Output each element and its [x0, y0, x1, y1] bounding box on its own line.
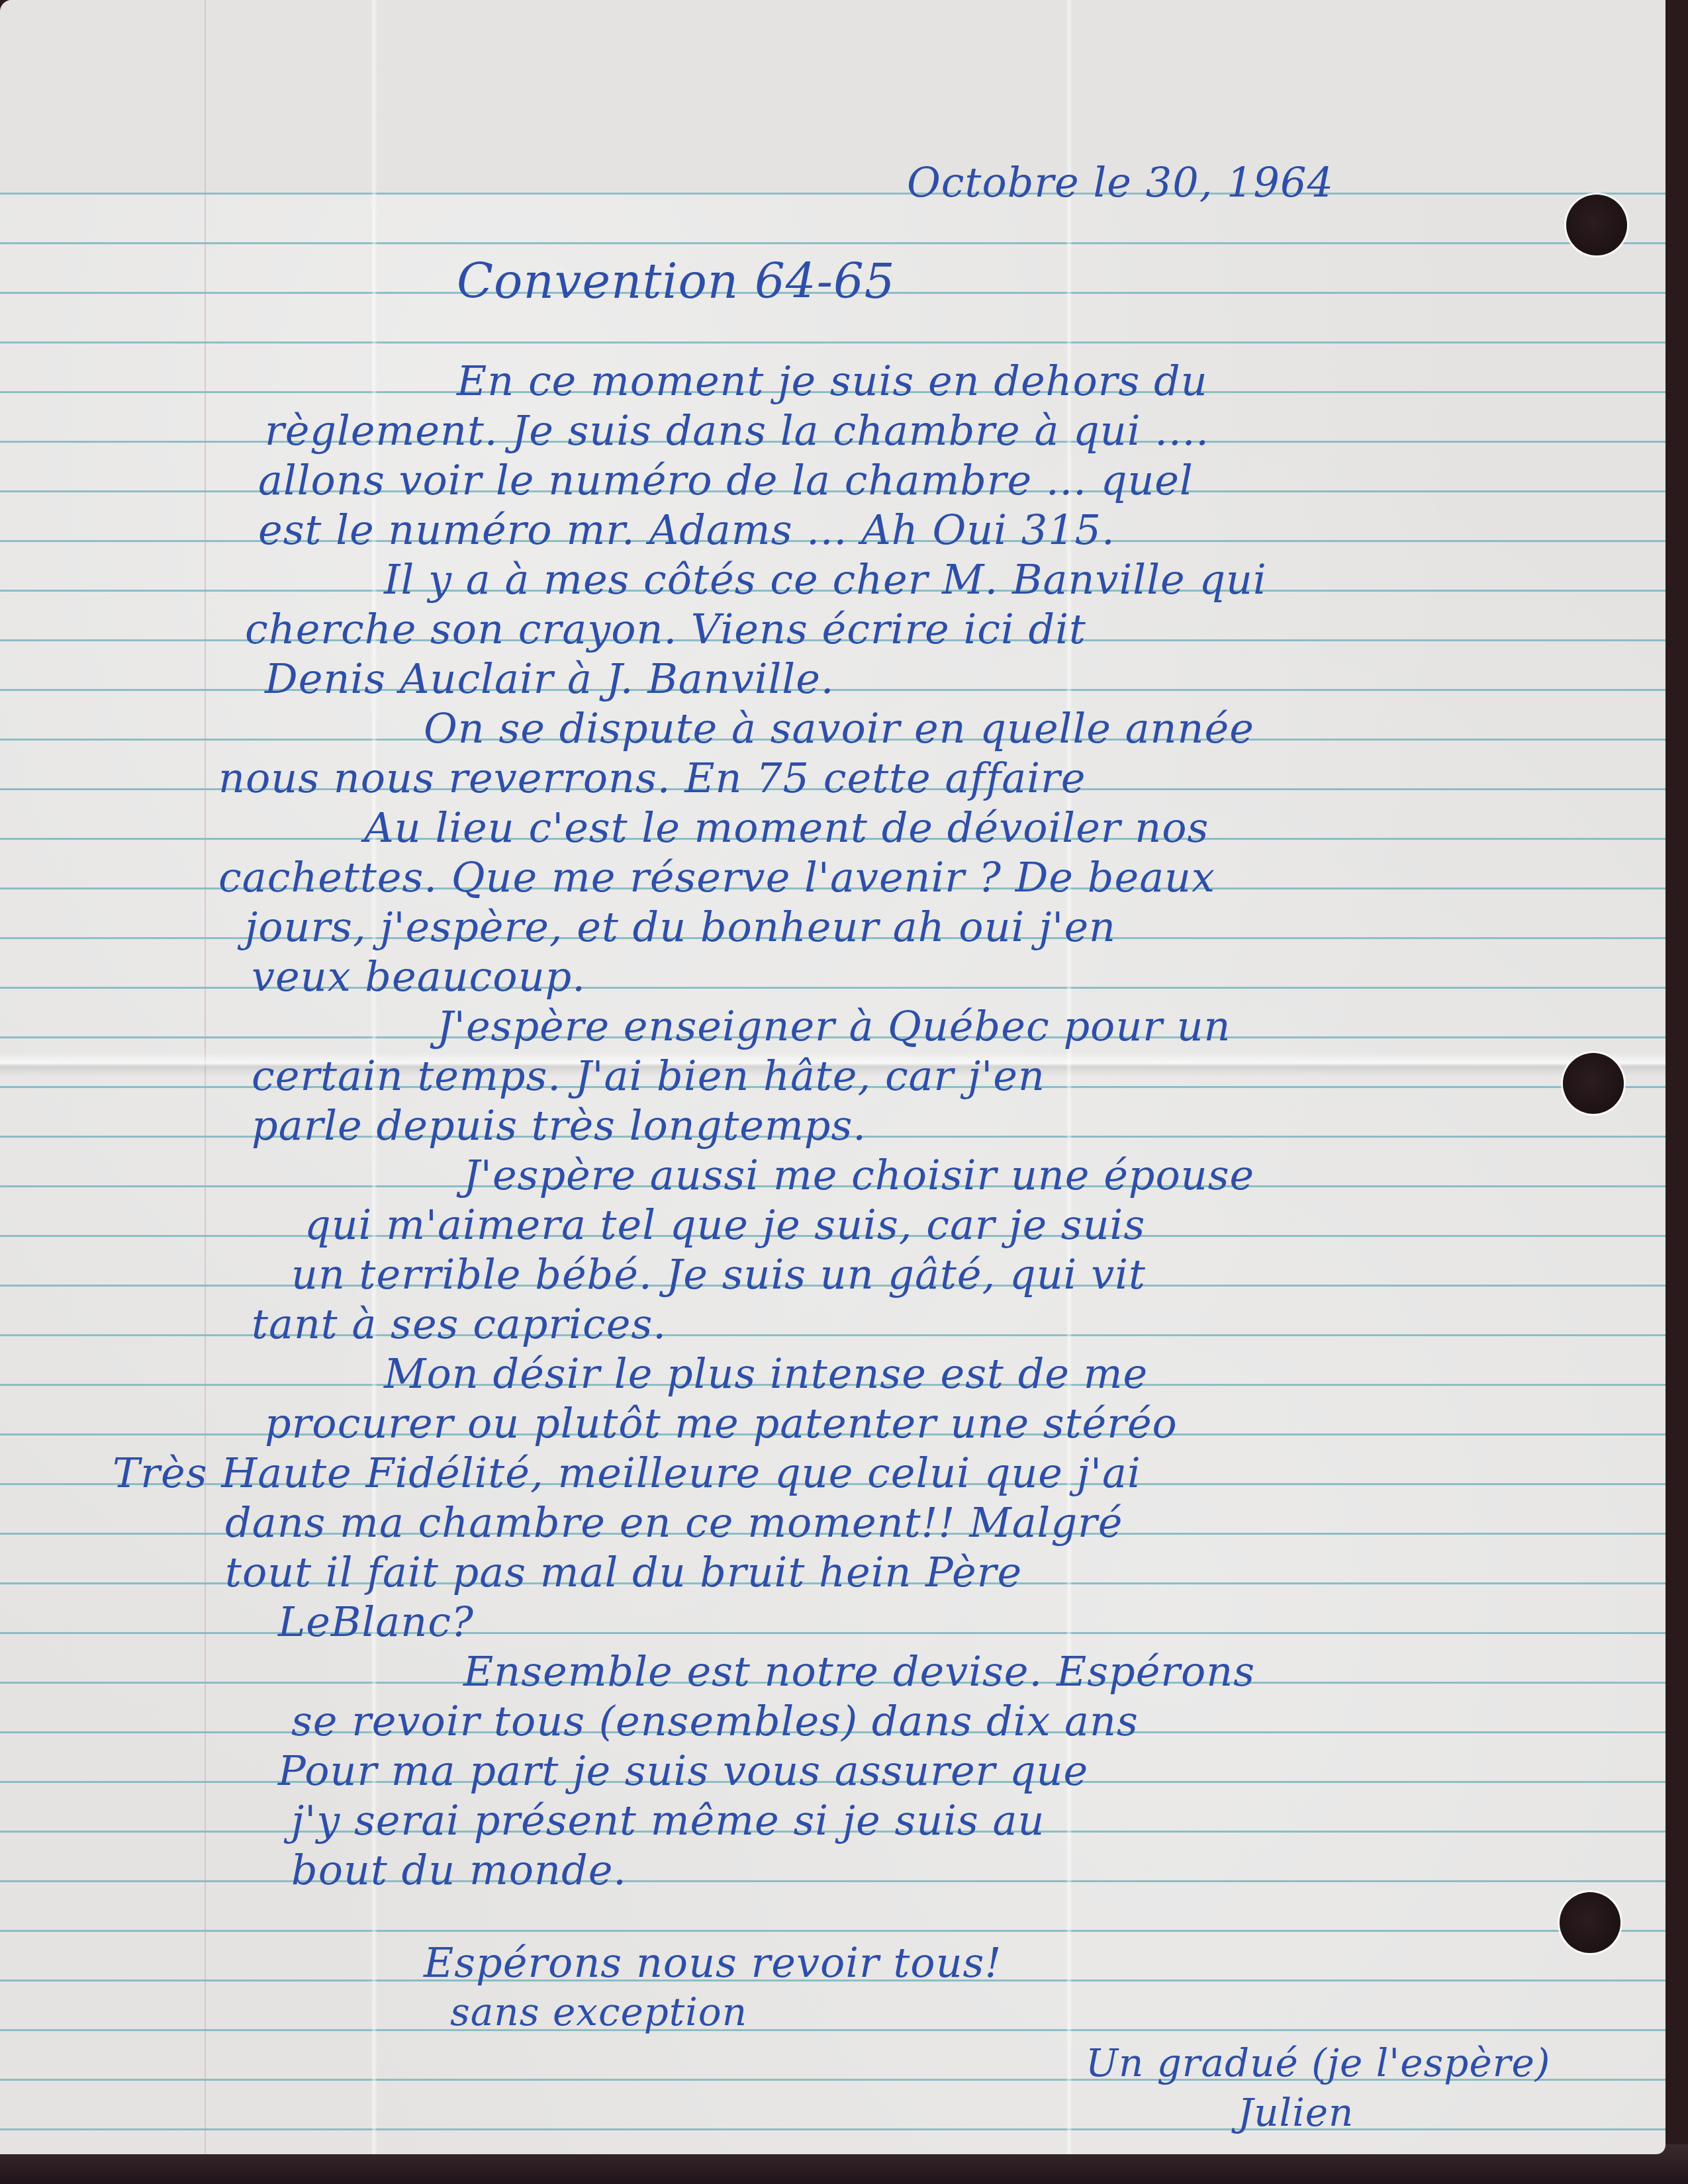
hole-punch-icon — [1563, 1053, 1624, 1114]
body-line: Au lieu c'est le moment de dévoiler nos — [364, 803, 1209, 852]
body-line: dans ma chambre en ce moment!! Malgré — [225, 1498, 1123, 1547]
signoff: Un gradué (je l'espère) — [1086, 2038, 1550, 2088]
letter-page: Octobre le 30, 1964 Convention 64-65 En … — [0, 0, 1665, 2154]
margin-line — [205, 0, 206, 2154]
signature: Julien — [1238, 2088, 1354, 2138]
body-line: règlement. Je suis dans la chambre à qui… — [265, 406, 1209, 455]
body-line: tant à ses caprices. — [252, 1299, 667, 1349]
body-line: Mon désir le plus intense est de me — [384, 1349, 1148, 1398]
body-line: J'espère aussi me choisir une épouse — [463, 1150, 1254, 1200]
body-line: cachettes. Que me réserve l'avenir ? De … — [218, 852, 1215, 902]
body-line: jours, j'espère, et du bonheur ah oui j'… — [245, 902, 1116, 952]
body-line: est le numéro mr. Adams ... Ah Oui 315. — [258, 505, 1115, 555]
top-margin — [0, 0, 1665, 193]
body-line: J'espère enseigner à Québec pour un — [437, 1001, 1231, 1051]
body-line: Denis Auclair à J. Banville. — [265, 654, 835, 704]
body-line: allons voir le numéro de la chambre ... … — [258, 455, 1194, 505]
body-line: se revoir tous (ensembles) dans dix ans — [291, 1696, 1139, 1746]
body-line: Très Haute Fidélité, meilleure que celui… — [113, 1448, 1141, 1498]
body-line: On se dispute à savoir en quelle année — [424, 704, 1254, 753]
vertical-crease — [1066, 0, 1072, 2154]
body-line: En ce moment je suis en dehors du — [457, 356, 1208, 406]
body-line: qui m'aimera tel que je suis, car je sui… — [305, 1200, 1145, 1250]
closing-line: Espérons nous revoir tous! — [424, 1938, 1002, 1987]
body-line: Ensemble est notre devise. Espérons — [463, 1647, 1255, 1696]
hole-punch-icon — [1560, 1892, 1620, 1953]
body-line: LeBlanc? — [278, 1597, 474, 1647]
body-line: nous nous reverrons. En 75 cette affaire — [218, 753, 1086, 803]
body-line: tout il fait pas mal du bruit hein Père — [225, 1547, 1022, 1597]
body-line: parle depuis très longtemps. — [252, 1101, 867, 1150]
closing-line: sans exception — [450, 1987, 747, 2037]
body-line: j'y serai présent même si je suis au — [291, 1796, 1045, 1845]
letter-title: Convention 64-65 — [457, 257, 896, 306]
body-line: cherche son crayon. Viens écrire ici dit — [245, 604, 1086, 654]
body-line: un terrible bébé. Je suis un gâté, qui v… — [291, 1250, 1146, 1299]
body-line: Pour ma part je suis vous assurer que — [278, 1746, 1088, 1796]
body-line: certain temps. J'ai bien hâte, car j'en — [252, 1051, 1045, 1101]
body-line: procurer ou plutôt me patenter une stéré… — [265, 1398, 1178, 1448]
letter-date: Octobre le 30, 1964 — [907, 158, 1334, 207]
hole-punch-icon — [1566, 195, 1627, 255]
body-line: bout du monde. — [291, 1845, 627, 1895]
body-line: veux beaucoup. — [252, 952, 586, 1001]
body-line: Il y a à mes côtés ce cher M. Banville q… — [384, 555, 1267, 604]
